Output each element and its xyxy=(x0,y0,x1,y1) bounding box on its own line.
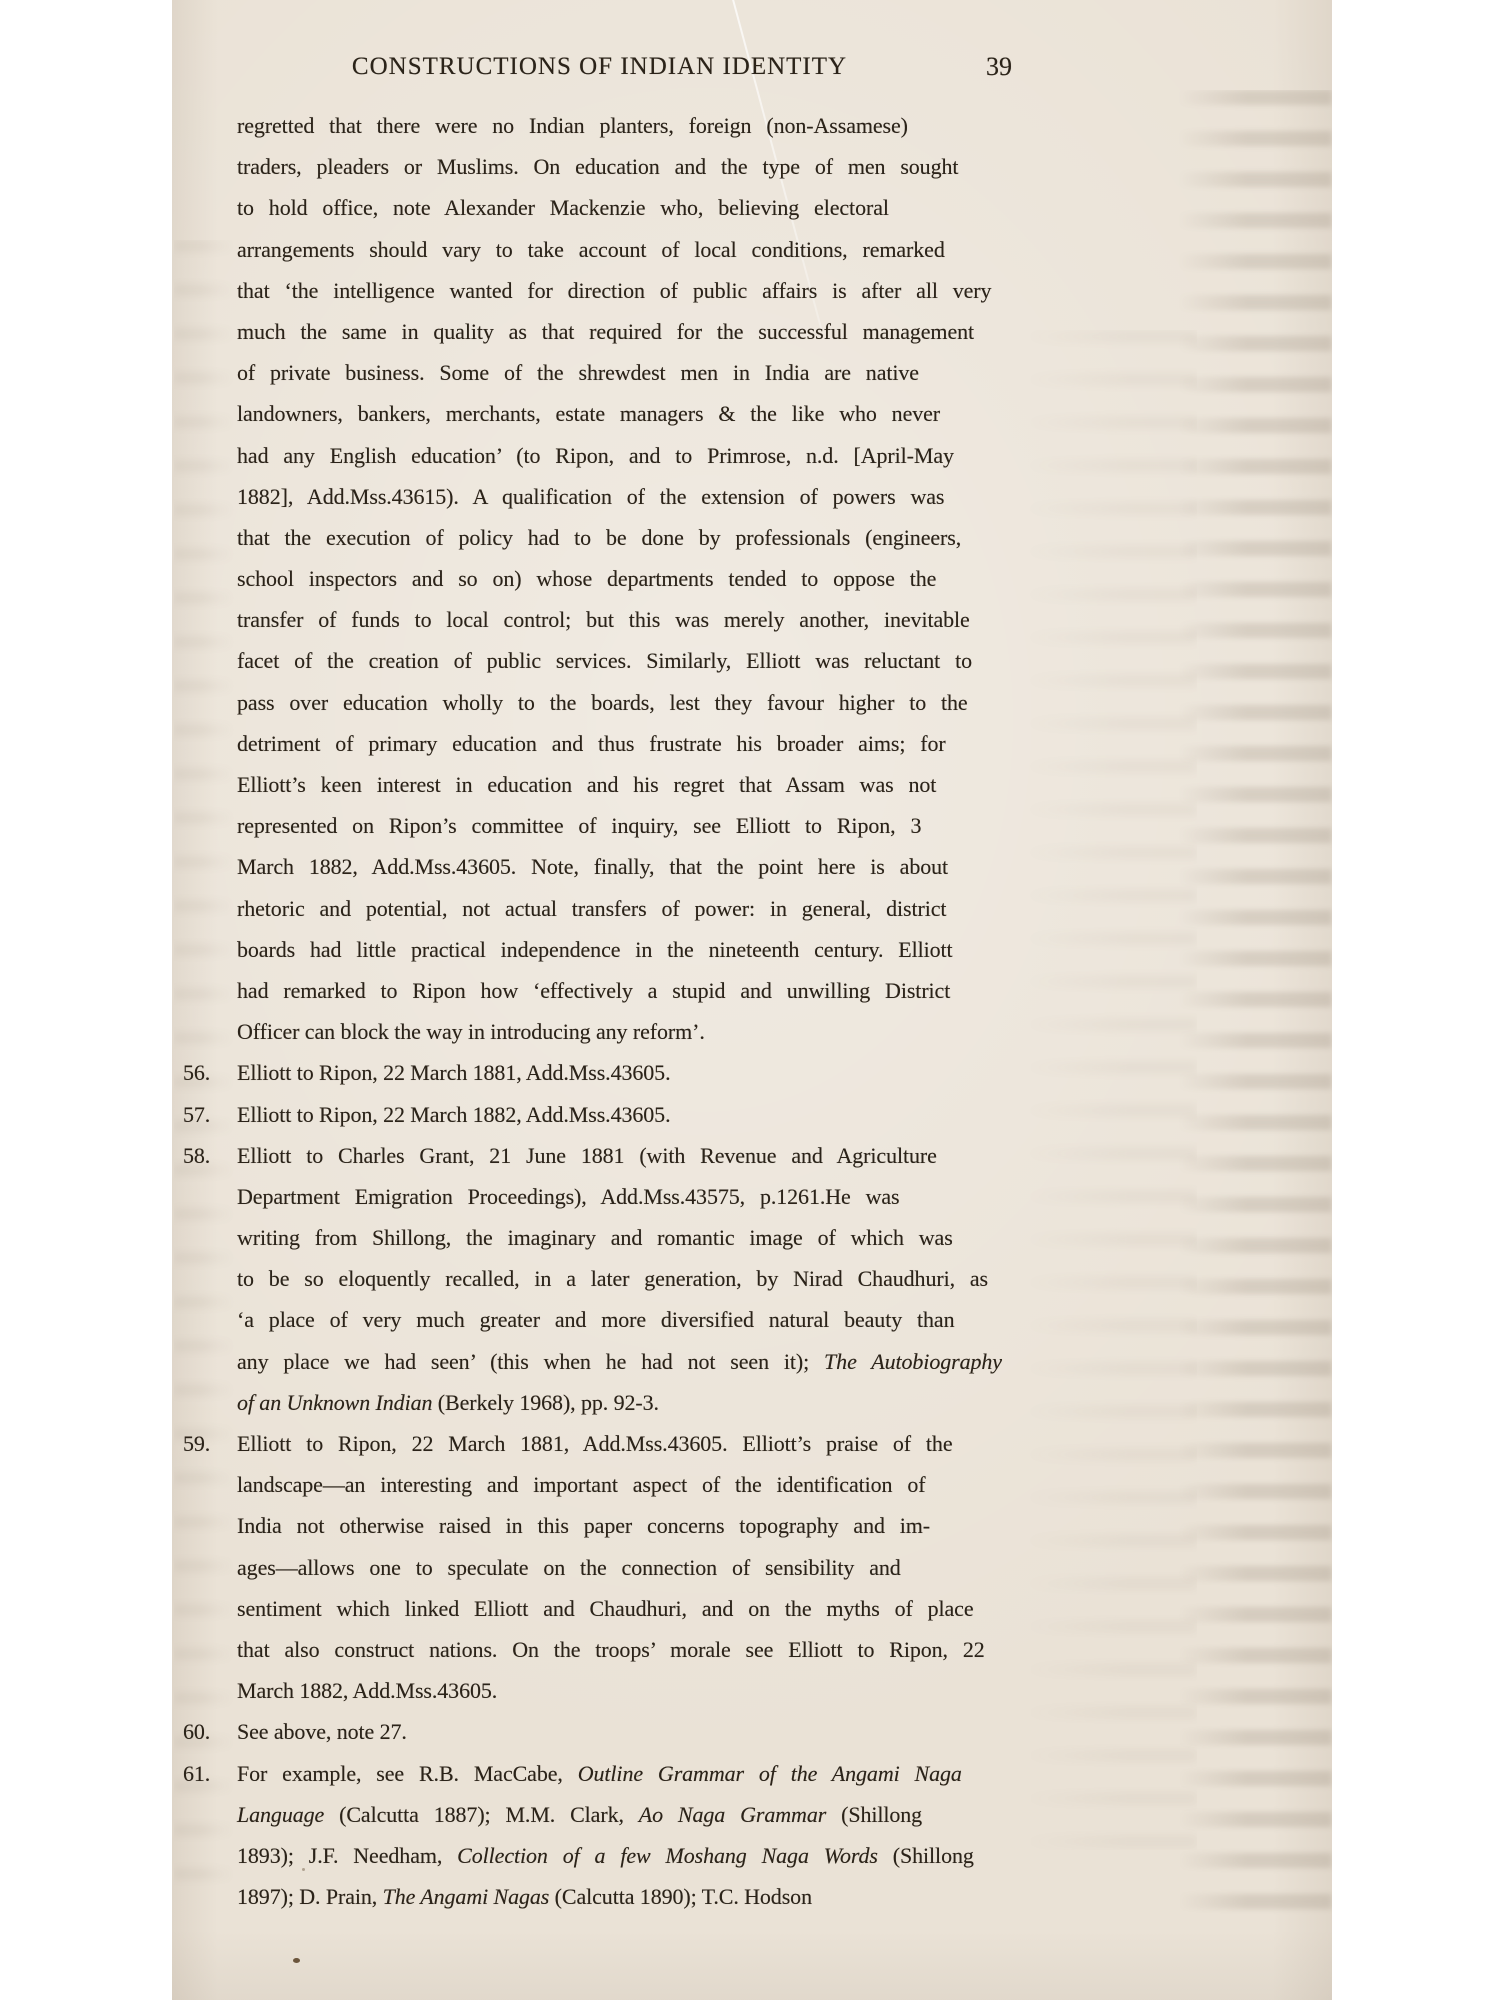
text-line: facet of the creation of public services… xyxy=(237,640,1010,681)
text-block: regretted that there were no Indian plan… xyxy=(237,105,1010,1917)
note-text: Elliott to Ripon, 22 March 1881, Add.Mss… xyxy=(237,1423,1010,1711)
text-line: pass over education wholly to the boards… xyxy=(237,682,1010,723)
note-number: 60. xyxy=(183,1711,210,1752)
running-header-title: CONSTRUCTIONS OF INDIAN IDENTITY xyxy=(213,50,986,84)
text-line: Department Emigration Proceedings), Add.… xyxy=(237,1176,1010,1217)
note-number: 59. xyxy=(183,1423,210,1464)
text-line: had remarked to Ripon how ‘effectively a… xyxy=(237,970,1010,1011)
note-item: 57.Elliott to Ripon, 22 March 1882, Add.… xyxy=(237,1094,1010,1135)
note-item: 56.Elliott to Ripon, 22 March 1881, Add.… xyxy=(237,1052,1010,1093)
continuation-paragraph: regretted that there were no Indian plan… xyxy=(237,105,1010,1052)
text-line: of private business. Some of the shrewde… xyxy=(237,352,1010,393)
text-line: had any English education’ (to Ripon, an… xyxy=(237,435,1010,476)
text-line: that the execution of policy had to be d… xyxy=(237,517,1010,558)
photo-background: CONSTRUCTIONS OF INDIAN IDENTITY 39 regr… xyxy=(0,0,1500,2000)
note-number: 57. xyxy=(183,1094,210,1135)
text-line: Officer can block the way in introducing… xyxy=(237,1011,1010,1052)
note-item: 58.Elliott to Charles Grant, 21 June 188… xyxy=(237,1135,1010,1423)
text-line: Elliott to Ripon, 22 March 1882, Add.Mss… xyxy=(237,1094,1010,1135)
text-line: of an Unknown Indian (Berkely 1968), pp.… xyxy=(237,1382,1010,1423)
note-number: 58. xyxy=(183,1135,210,1176)
text-line: See above, note 27. xyxy=(237,1711,1010,1752)
note-text: Elliott to Ripon, 22 March 1881, Add.Mss… xyxy=(237,1052,1010,1093)
text-line: writing from Shillong, the imaginary and… xyxy=(237,1217,1010,1258)
text-line: arrangements should vary to take account… xyxy=(237,229,1010,270)
note-item: 61.For example, see R.B. MacCabe, Outlin… xyxy=(237,1753,1010,1918)
text-line: For example, see R.B. MacCabe, Outline G… xyxy=(237,1753,1010,1794)
note-number: 56. xyxy=(183,1052,210,1093)
text-line: sentiment which linked Elliott and Chaud… xyxy=(237,1588,1010,1629)
running-header: CONSTRUCTIONS OF INDIAN IDENTITY 39 xyxy=(237,50,1010,86)
page-number: 39 xyxy=(986,50,1012,84)
text-line: boards had little practical independence… xyxy=(237,929,1010,970)
text-line: represented on Ripon’s committee of inqu… xyxy=(237,805,1010,846)
notes-list: 56.Elliott to Ripon, 22 March 1881, Add.… xyxy=(237,1052,1010,1917)
text-line: ‘a place of very much greater and more d… xyxy=(237,1299,1010,1340)
text-line: ages—allows one to speculate on the conn… xyxy=(237,1547,1010,1588)
text-line: that ‘the intelligence wanted for direct… xyxy=(237,270,1010,311)
text-line: rhetoric and potential, not actual trans… xyxy=(237,888,1010,929)
text-line: Elliott’s keen interest in education and… xyxy=(237,764,1010,805)
text-line: Elliott to Charles Grant, 21 June 1881 (… xyxy=(237,1135,1010,1176)
text-line: school inspectors and so on) whose depar… xyxy=(237,558,1010,599)
showthrough-text-right xyxy=(1177,90,1332,1920)
note-item: 59.Elliott to Ripon, 22 March 1881, Add.… xyxy=(237,1423,1010,1711)
text-line: traders, pleaders or Muslims. On educati… xyxy=(237,146,1010,187)
text-line: 1897); D. Prain, The Angami Nagas (Calcu… xyxy=(237,1876,1010,1917)
text-line: much the same in quality as that require… xyxy=(237,311,1010,352)
note-text: Elliott to Ripon, 22 March 1882, Add.Mss… xyxy=(237,1094,1010,1135)
note-text: Elliott to Charles Grant, 21 June 1881 (… xyxy=(237,1135,1010,1423)
showthrough-text-right-inner xyxy=(1022,330,1197,1850)
text-line: landscape—an interesting and important a… xyxy=(237,1464,1010,1505)
text-line: India not otherwise raised in this paper… xyxy=(237,1505,1010,1546)
paper-speck xyxy=(293,1958,300,1963)
book-page: CONSTRUCTIONS OF INDIAN IDENTITY 39 regr… xyxy=(172,0,1332,2000)
text-line: Language (Calcutta 1887); M.M. Clark, Ao… xyxy=(237,1794,1010,1835)
note-text: See above, note 27. xyxy=(237,1711,1010,1752)
note-text: For example, see R.B. MacCabe, Outline G… xyxy=(237,1753,1010,1918)
text-line: 1893); J.F. Needham, Collection of a few… xyxy=(237,1835,1010,1876)
note-item: 60.See above, note 27. xyxy=(237,1711,1010,1752)
text-line: Elliott to Ripon, 22 March 1881, Add.Mss… xyxy=(237,1052,1010,1093)
text-line: to hold office, note Alexander Mackenzie… xyxy=(237,187,1010,228)
text-line: that also construct nations. On the troo… xyxy=(237,1629,1010,1670)
text-line: any place we had seen’ (this when he had… xyxy=(237,1341,1010,1382)
text-line: March 1882, Add.Mss.43605. Note, finally… xyxy=(237,846,1010,887)
note-number: 61. xyxy=(183,1753,210,1794)
text-line: 1882], Add.Mss.43615). A qualification o… xyxy=(237,476,1010,517)
text-line: regretted that there were no Indian plan… xyxy=(237,105,1010,146)
text-line: to be so eloquently recalled, in a later… xyxy=(237,1258,1010,1299)
text-line: landowners, bankers, merchants, estate m… xyxy=(237,393,1010,434)
text-line: transfer of funds to local control; but … xyxy=(237,599,1010,640)
text-line: Elliott to Ripon, 22 March 1881, Add.Mss… xyxy=(237,1423,1010,1464)
text-line: detriment of primary education and thus … xyxy=(237,723,1010,764)
text-line: March 1882, Add.Mss.43605. xyxy=(237,1670,1010,1711)
